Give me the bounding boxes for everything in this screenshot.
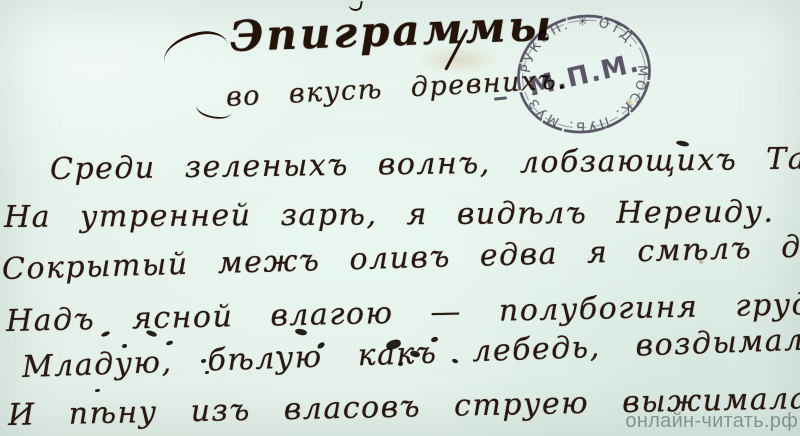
poem-line: Сокрытый межъ оливъ едва я смѣлъ дохнуть… xyxy=(2,226,800,287)
site-watermark: онлайн-читать.рф xyxy=(625,410,798,433)
library-stamp: РУКОП. ✳ ОТД. МОСК. ПУБ. МУЗ. М.П.М. xyxy=(491,0,677,158)
stamp-center-text: М.П.М. xyxy=(526,48,643,103)
ink-splatter xyxy=(95,389,100,392)
ink-mark xyxy=(494,96,507,100)
poem-line: На утренней зарѣ, я видѣлъ Нереиду. xyxy=(4,195,775,235)
manuscript-photo: Эпиграммы во вкусѣ древнихъ. РУКОП. ✳ ОТ… xyxy=(0,0,800,436)
poem-line: Среди зеленыхъ волнъ, лобзающихъ Тавриду… xyxy=(50,140,800,187)
title-flourish xyxy=(160,27,229,63)
